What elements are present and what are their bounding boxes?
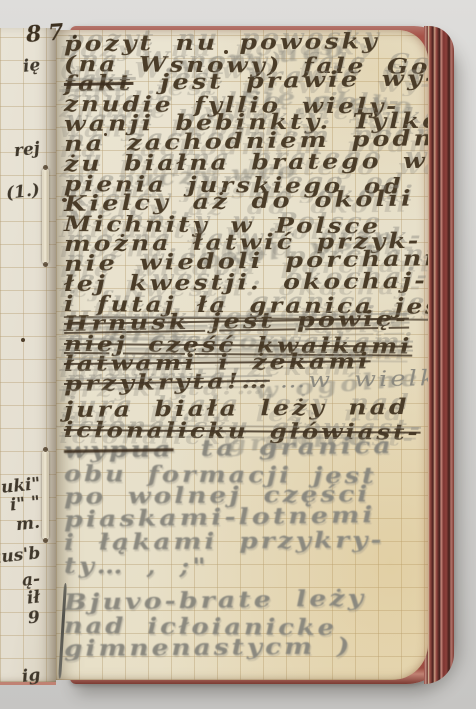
handwritten-line: przykryta!……w wielkie [64, 367, 428, 394]
handwritten-text: ty… , ;" [64, 553, 209, 580]
left-page-fragment: m. [15, 513, 41, 535]
handwritten-line: Kielcy aż do okolii [64, 187, 428, 214]
ink-speck [104, 133, 107, 136]
left-page-fragment: ię [22, 55, 41, 77]
left-page-fragment: ił [26, 587, 41, 608]
handwritten-text: Bjuvo-brate leży [64, 585, 367, 616]
left-page-strip: ięrej(1.)uki"i" "m.uus'bą-ił9ig [0, 28, 56, 685]
handwritten-line: fakt jest prawie wy- [64, 67, 428, 94]
left-page-fragment: rej [13, 139, 41, 162]
stacked-page-edges-stripes [424, 26, 454, 684]
handwritten-text: jest prawie wy- [138, 65, 428, 95]
handwritten-text: i łąkami przykry- [64, 527, 385, 556]
handwriting-column: pozyt nu powosky(na Wsnowy) fale Gou-fak… [64, 34, 424, 661]
struck-word: wypua [64, 436, 174, 464]
notebook-page: wszy ugosię głębouczy wrookoli wszeprzy … [56, 30, 428, 680]
handwritten-line: Bjuvo-brate leży [64, 585, 428, 615]
handwritten-line: i łąkami przykry- [64, 528, 428, 555]
binding-stitch-thread-bottom [42, 450, 49, 540]
handwritten-line: ty… , ;" [64, 555, 428, 581]
left-page-fragment: uus'b [0, 543, 41, 568]
ink-speck [21, 338, 25, 342]
pencil-tail-text: …w wielkie [279, 366, 428, 393]
handwritten-line: gimnenastycm ) [64, 634, 428, 661]
page-number: 87. [25, 18, 86, 48]
handwritten-line: wypua ta granica [64, 433, 428, 463]
binding-stitch-thread-top [42, 168, 49, 264]
handwritten-text: gimnenastycm ) [64, 633, 353, 662]
ink-speck [62, 198, 67, 202]
left-page-fragment: (1.) [5, 180, 41, 203]
left-page-fragment: ig [21, 665, 41, 687]
left-page-fragment: 9 [27, 607, 41, 628]
ink-speck [224, 50, 228, 54]
handwritten-text: ta granica [178, 433, 394, 462]
handwritten-line: Hrnusk jest powię- [64, 307, 428, 334]
photo-background: { "colors":{ "bg":"#d0cfcd","paper":"#e8… [0, 0, 476, 709]
handwritten-text: przykryta!… [64, 368, 270, 396]
